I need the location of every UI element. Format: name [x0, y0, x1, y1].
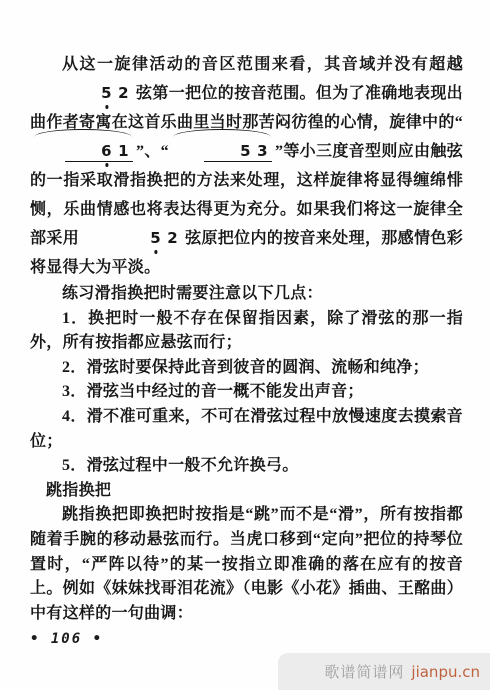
- paragraph: 1．换把时一般不存在保留指因素，除了滑弦的那一指外，所有按指都应悬弦而行；: [30, 307, 463, 356]
- note-digit: 2: [167, 230, 178, 247]
- paragraph: 5．滑弦过程中一般不允许换弓。: [30, 454, 463, 479]
- watermark: 歌谱简谱网 jianpu.cn: [278, 653, 490, 690]
- note-digit: 3: [257, 143, 268, 160]
- book-page: 从这一旋律活动的音区范围来看，其音域并没有超越52弦第一把位的按音范围。但为了准…: [0, 0, 490, 690]
- page-number: • 106 •: [30, 631, 103, 647]
- section-subheading: 跳指换把: [30, 479, 463, 504]
- paragraph: 4．滑不准可重来，不可在滑弦过程中放慢速度去摸索音位；: [30, 405, 463, 454]
- note-digit-low-octave: 5: [101, 85, 112, 102]
- page-text: 从这一旋律活动的音区范围来看，其音域并没有超越52弦第一把位的按音范围。但为了准…: [30, 50, 463, 626]
- slur-arc-icon: [34, 129, 132, 137]
- note-digits: 52: [114, 230, 182, 247]
- jianpu-notes: 61: [33, 137, 133, 166]
- watermark-site-name: 歌谱简谱网: [324, 661, 404, 682]
- note-digits: 53: [204, 143, 272, 162]
- slur-arc-icon: [173, 129, 271, 137]
- note-digits: 61: [65, 143, 133, 162]
- jianpu-notes: 53: [172, 137, 272, 166]
- paragraph: 跳指换把即换把时按指是“跳”而不是“滑”，所有按指都随着手腕的移动悬弦而行。当虎…: [30, 503, 463, 626]
- note-digits: 52: [65, 85, 133, 102]
- note-digit-low-octave: 6: [101, 143, 112, 160]
- paragraph: 3．滑弦当中经过的音一概不能发出声音；: [30, 380, 463, 405]
- watermark-site-url: jianpu.cn: [411, 663, 480, 681]
- jianpu-notes: 52: [33, 79, 133, 108]
- note-digit-low-octave: 5: [150, 230, 161, 247]
- paragraph: 从这一旋律活动的音区范围来看，其音域并没有超越52弦第一把位的按音范围。但为了准…: [30, 50, 463, 282]
- paragraph: 2．滑弦时要保持此音到彼音的圆润、流畅和纯净；: [30, 356, 463, 381]
- paragraph: 练习滑指换把时需要注意以下几点：: [30, 282, 463, 307]
- jianpu-notes: 52: [82, 224, 182, 253]
- note-digit: 2: [118, 85, 129, 102]
- note-digit: 1: [118, 143, 129, 160]
- note-digit: 5: [240, 143, 251, 160]
